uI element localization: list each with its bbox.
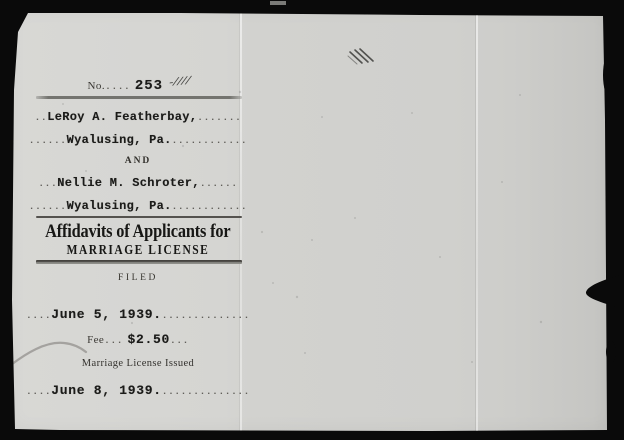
case-number-line: No. .... 253 -//// [22, 76, 254, 94]
leader-dots: .... [26, 386, 51, 397]
issued-label-line: Marriage License Issued [22, 358, 254, 369]
leader-dots: .. [35, 112, 48, 123]
leader-dots: ............ [172, 201, 248, 212]
and-label: AND [125, 156, 152, 166]
filed-date-line: .... June 5, 1939. .............. [22, 307, 254, 322]
filed-date: June 5, 1939. [51, 307, 162, 322]
leader-dots: ....... [197, 112, 241, 123]
leader-dots: ...... [29, 135, 67, 146]
fee-label: Fee [87, 334, 104, 346]
issued-date: June 8, 1939. [51, 383, 162, 398]
scan-background: No. .... 253 -//// .. LeRoy A. Featherba… [0, 0, 624, 440]
divider-rule-title-bottom [36, 260, 242, 264]
filed-label: FILED [118, 273, 158, 283]
scan-border-notch [270, 1, 286, 5]
applicant1-name: LeRoy A. Featherbay, [47, 110, 197, 124]
case-number: 253 [135, 78, 163, 94]
page-subtitle: MARRIAGE LICENSE [67, 242, 210, 258]
applicant2-name-line: ... Nellie M. Schroter, ...... [22, 176, 254, 190]
leader-dots: .............. [162, 310, 250, 321]
docket-column: No. .... 253 -//// .. LeRoy A. Featherba… [22, 0, 254, 440]
leader-dots: ............ [172, 135, 248, 146]
applicant1-place: Wyalusing, Pa. [67, 133, 172, 147]
handwritten-tally-mark: -//// [166, 76, 190, 90]
page-title: Affidavits of Applicants for [45, 221, 230, 243]
scan-edge-bump-top [603, 52, 617, 98]
document-title-line2: MARRIAGE LICENSE [22, 242, 254, 258]
leader-dots: ... [38, 178, 57, 189]
fold-line-right [476, 13, 478, 431]
leader-dots: .... [26, 310, 51, 321]
applicant1-name-line: .. LeRoy A. Featherbay, ....... [22, 110, 254, 124]
conjunction-line: AND [22, 156, 254, 166]
leader-dots: ...... [200, 178, 238, 189]
number-label: No. [87, 80, 105, 92]
divider-rule-top [36, 96, 242, 99]
leader-dots: ... [170, 335, 189, 346]
leader-dots: .... [105, 81, 130, 92]
leader-dots: ...... [29, 201, 67, 212]
filed-label-line: FILED [22, 273, 254, 283]
issued-date-line: .... June 8, 1939. .............. [22, 383, 254, 398]
applicant1-place-line: ...... Wyalusing, Pa. ............ [22, 133, 254, 147]
applicant2-name: Nellie M. Schroter, [57, 176, 200, 190]
applicant2-place-line: ...... Wyalusing, Pa. ............ [22, 199, 254, 213]
fee-amount: $2.50 [128, 332, 171, 347]
leader-dots: .............. [162, 386, 250, 397]
document-title-line1: Affidavits of Applicants for [22, 221, 254, 243]
fee-line: Fee ... $2.50 ... [22, 330, 254, 348]
divider-rule-title-top [36, 216, 242, 218]
scan-edge-bump-bottom [606, 341, 616, 363]
leader-dots: ... [104, 335, 123, 346]
pen-scribble-icon [348, 49, 373, 64]
document-paper: No. .... 253 -//// .. LeRoy A. Featherba… [0, 0, 624, 440]
applicant2-place: Wyalusing, Pa. [67, 199, 172, 213]
issued-label: Marriage License Issued [82, 358, 194, 369]
